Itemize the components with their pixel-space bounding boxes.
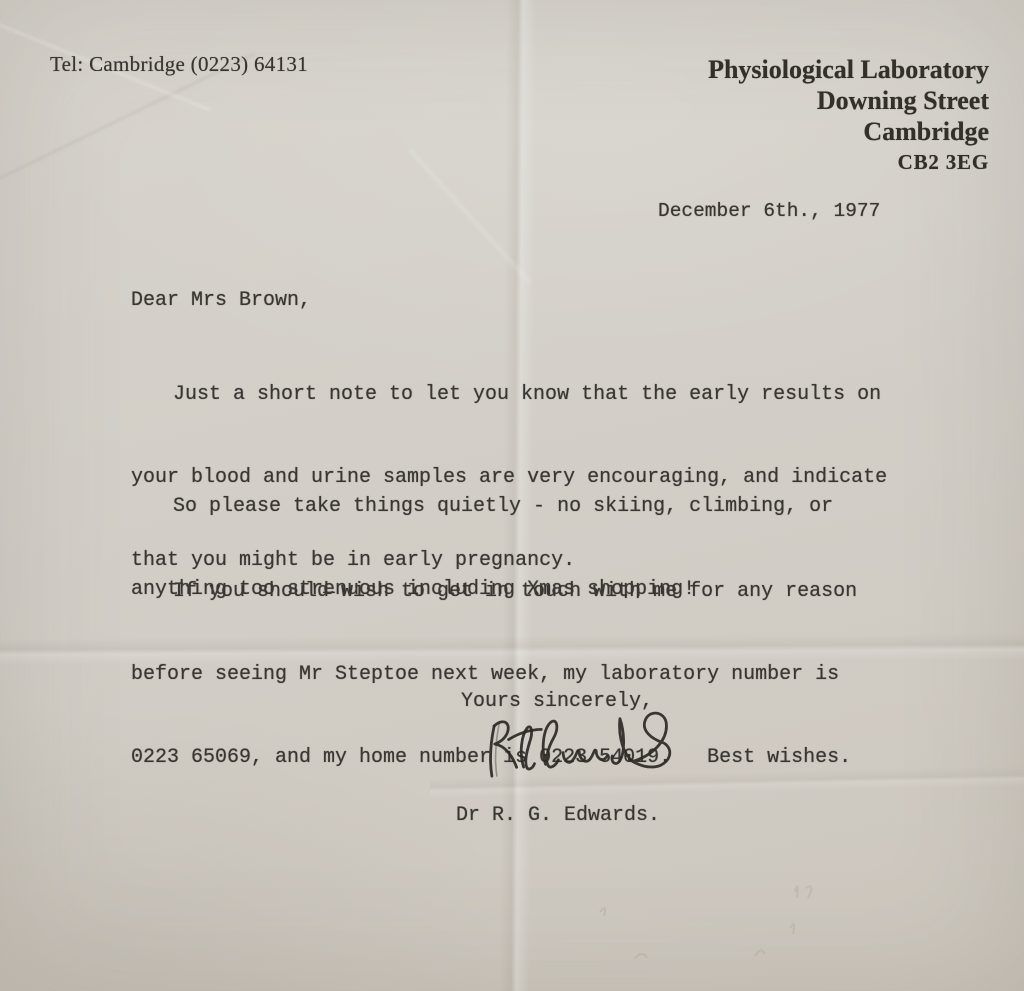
signature-scrawl <box>477 699 686 798</box>
salutation: Dear Mrs Brown, <box>131 289 311 312</box>
letter-photo: Tel: Cambridge (0223) 64131 Physiologica… <box>0 0 1024 991</box>
letterhead-postcode: CB2 3EG <box>708 147 989 177</box>
letterhead-address: Physiological Laboratory Downing Street … <box>708 54 989 177</box>
letterhead-city: Cambridge <box>708 116 989 147</box>
body-line: before seeing Mr Steptoe next week, my l… <box>131 656 857 693</box>
diagonal-crease <box>409 149 532 285</box>
body-line: Just a short note to let you know that t… <box>131 376 887 413</box>
body-line: If you should̶ wish to get in touch with… <box>131 573 857 610</box>
body-line: So please take things quietly - no skiin… <box>131 488 833 525</box>
signature-icon <box>477 699 686 798</box>
signed-by-name: Dr R. G. Edwards. <box>456 804 660 827</box>
letterhead-street: Downing Street <box>708 85 989 116</box>
paper-ghost-marks <box>540 870 880 970</box>
telephone-line: Tel: Cambridge (0223) 64131 <box>50 52 308 77</box>
letterhead-institution: Physiological Laboratory <box>708 54 989 85</box>
letter-date: December 6th., 1977 <box>658 200 880 222</box>
